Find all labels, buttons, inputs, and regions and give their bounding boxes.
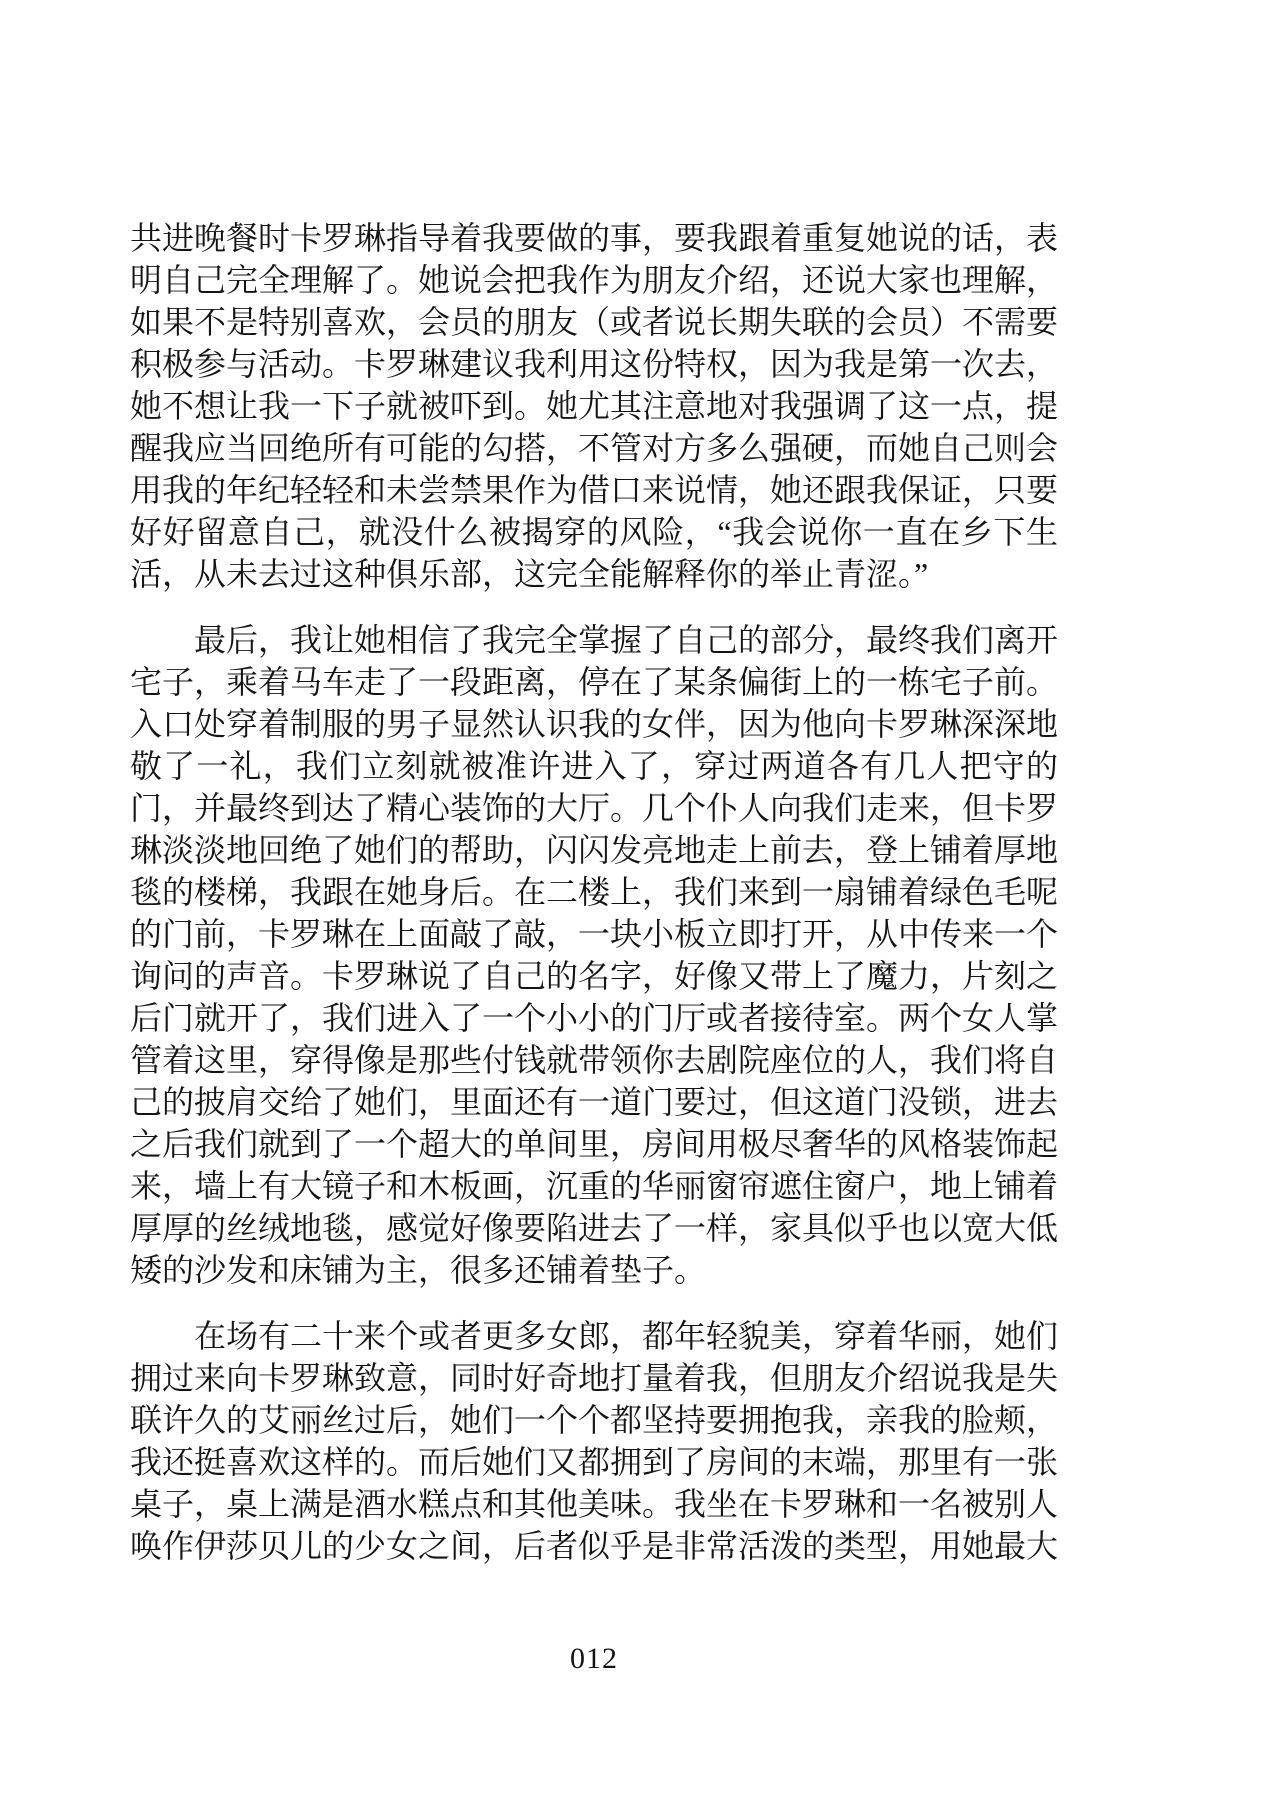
- book-page: 共进晚餐时卡罗琳指导着我要做的事，要我跟着重复她说的话，表明自己完全理解了。她说…: [0, 0, 1280, 1816]
- paragraph-1: 共进晚餐时卡罗琳指导着我要做的事，要我跟着重复她说的话，表明自己完全理解了。她说…: [130, 217, 1058, 595]
- paragraph-2: 最后，我让她相信了我完全掌握了自己的部分，最终我们离开宅子，乘着马车走了一段距离…: [130, 619, 1058, 1291]
- page-number: 012: [130, 1638, 1058, 1680]
- paragraph-3: 在场有二十来个或者更多女郎，都年轻貌美，穿着华丽，她们拥过来向卡罗琳致意，同时好…: [130, 1315, 1058, 1567]
- page-text: 共进晚餐时卡罗琳指导着我要做的事，要我跟着重复她说的话，表明自己完全理解了。她说…: [130, 217, 1058, 1567]
